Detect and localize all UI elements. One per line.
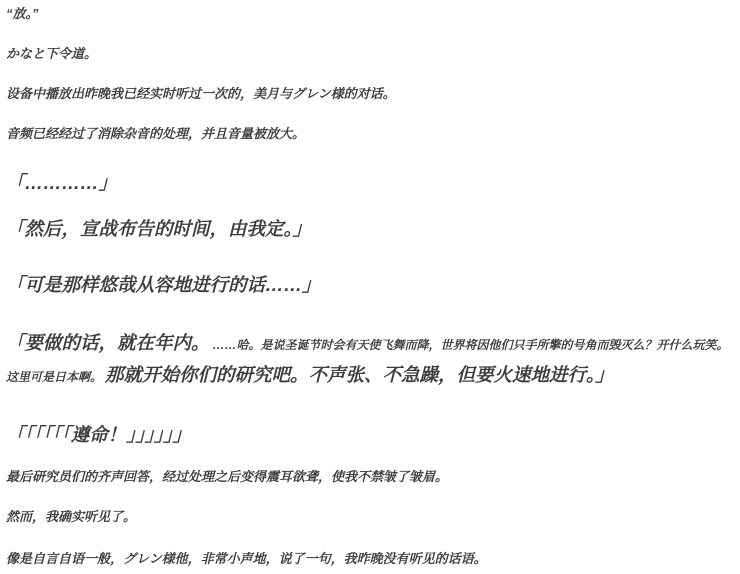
narration-line-however: 然而，我确实听见了。 — [6, 508, 732, 525]
narration-line-order: かなと下令道。 — [6, 45, 732, 62]
dialogue-line-chorus: 「「「「「「遵命！」」」」」」 — [6, 422, 732, 447]
dialogue-mixed-lead: 「要做的话，就在年内。 — [6, 332, 210, 353]
narration-line-command: “放。” — [6, 5, 732, 22]
dialogue-line-declaration: 「然后，宣战布告的时间，由我定。」 — [6, 216, 732, 241]
dialogue-line-mixed: 「要做的话，就在年内。……哈。是说圣诞节时会有天使飞舞而降，世界将因他们只手所擎… — [6, 328, 732, 392]
narration-line-response: 最后研究员们的齐声回答，经过处理之后变得震耳欲聋，使我不禁皱了皱眉。 — [6, 468, 732, 485]
dialogue-line-silence: 「…………」 — [6, 170, 732, 195]
narration-line-audio: 音频已经经过了消除杂音的处理，并且音量被放大。 — [6, 125, 732, 142]
novel-text-page: “放。” かなと下令道。 设备中播放出昨晚我已经实时听过一次的，美月与グレン様的… — [0, 0, 740, 574]
narration-line-playback: 设备中播放出昨晚我已经实时听过一次的，美月与グレン様的对话。 — [6, 85, 732, 102]
dialogue-line-question: 「可是那样悠哉从容地进行的话……」 — [6, 272, 732, 297]
narration-line-whisper: 像是自言自语一般，グレン様他，非常小声地，说了一句，我昨晚没有听见的话语。 — [6, 550, 732, 567]
dialogue-mixed-tail: 那就开始你们的研究吧。不声张、不急躁，但要火速地进行。」 — [105, 364, 614, 385]
